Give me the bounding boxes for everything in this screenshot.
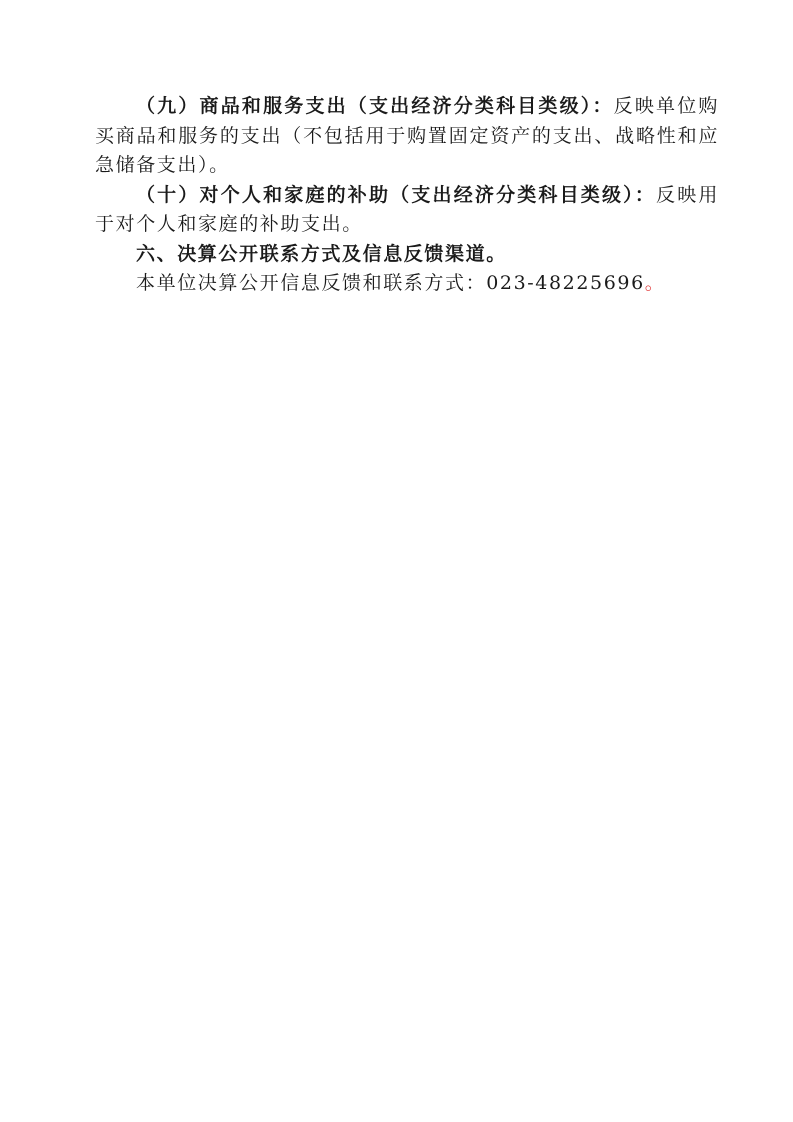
section-six-title: 六、决算公开联系方式及信息反馈渠道。 bbox=[95, 240, 719, 270]
paragraph-item-9: （九）商品和服务支出（支出经济分类科目类级）：反映单位购买商品和服务的支出（不包… bbox=[95, 92, 719, 181]
contact-paragraph: 本单位决算公开信息反馈和联系方式：023-48225696。 bbox=[95, 269, 719, 299]
contact-label: 本单位决算公开信息反馈和联系方式： bbox=[136, 272, 486, 294]
paragraph-item-10: （十）对个人和家庭的补助（支出经济分类科目类级）：反映用于对个人和家庭的补助支出… bbox=[95, 181, 719, 240]
end-mark: 。 bbox=[645, 272, 666, 294]
contact-phone: 023-48225696 bbox=[486, 272, 645, 294]
item-9-heading: （九）商品和服务支出（支出经济分类科目类级）： bbox=[136, 95, 614, 117]
document-page: （九）商品和服务支出（支出经济分类科目类级）：反映单位购买商品和服务的支出（不包… bbox=[95, 92, 719, 299]
item-10-heading: （十）对个人和家庭的补助（支出经济分类科目类级）： bbox=[136, 184, 656, 206]
